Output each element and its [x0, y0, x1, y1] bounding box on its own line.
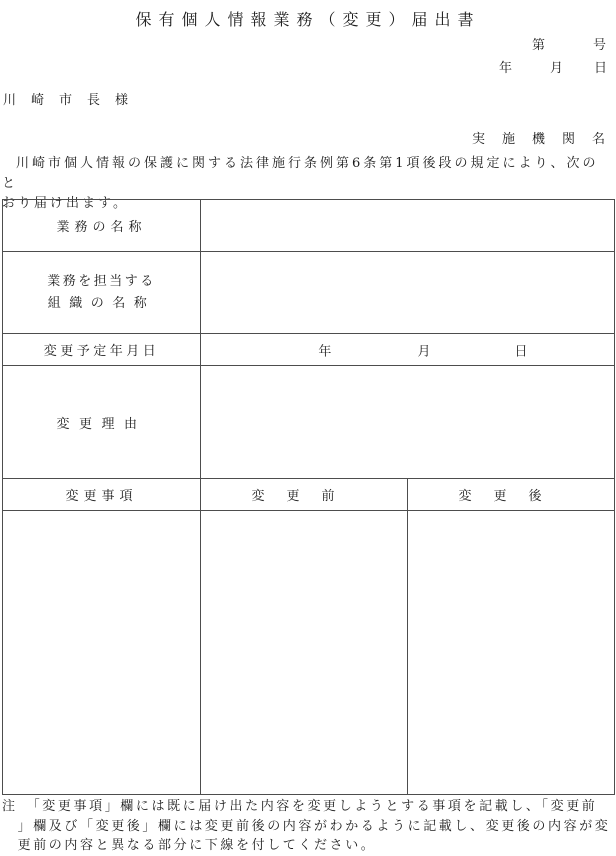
date-month-label: 月 [550, 57, 563, 76]
after-change-field[interactable] [408, 511, 615, 795]
scheduled-date-field[interactable]: 年 月 日 [201, 334, 615, 366]
document-number-line: 第 号 [532, 34, 606, 53]
change-reason-field[interactable] [201, 366, 615, 479]
date-day-label: 日 [594, 57, 607, 76]
business-name-label: 業務の名称 [3, 200, 201, 252]
organization-label-line1: 業務を担当する [3, 271, 200, 293]
change-item-field[interactable] [3, 511, 201, 795]
after-change-header: 変更後 [408, 479, 615, 511]
organization-label-line2: 組織の名称 [3, 293, 200, 315]
change-reason-label: 変更理由 [3, 366, 201, 479]
organization-name-field[interactable] [201, 252, 615, 334]
row-business-name: 業務の名称 [3, 200, 615, 252]
row-change-details [3, 511, 615, 795]
addressee-line: 川崎市長様 [3, 89, 143, 108]
implementing-agency-label: 実施機関名 [472, 128, 616, 147]
document-date-line: 年 月 日 [499, 57, 607, 76]
row-change-reason: 変更理由 [3, 366, 615, 479]
intro-line-1: 川崎市個人情報の保護に関する法律施行条例第6条第1項後段の規定により、次のと [2, 154, 614, 194]
date-year-label: 年 [499, 57, 512, 76]
scheduled-year-label: 年 [318, 340, 331, 359]
notification-form-table: 業務の名称 業務を担当する 組織の名称 変更予定年月日 年 月 日 変更理由 [2, 199, 615, 795]
footnote-line-1: 注 「変更事項」欄には既に届け出た内容を変更しようとする事項を記載し、「変更前 [2, 797, 616, 817]
doc-number-suffix: 号 [593, 34, 606, 53]
change-item-header: 変更事項 [3, 479, 201, 511]
row-organization: 業務を担当する 組織の名称 [3, 252, 615, 334]
footnote-line-2: 」欄及び「変更後」欄には変更前後の内容がわかるように記載し、変更後の内容が変 [2, 817, 616, 837]
footnote: 注 「変更事項」欄には既に届け出た内容を変更しようとする事項を記載し、「変更前 … [2, 797, 616, 856]
scheduled-month-label: 月 [418, 340, 431, 359]
before-change-header: 変更前 [201, 479, 408, 511]
business-name-field[interactable] [201, 200, 615, 252]
doc-number-prefix: 第 [532, 34, 545, 53]
row-scheduled-date: 変更予定年月日 年 月 日 [3, 334, 615, 366]
document-title: 保有個人情報業務（変更）届出書 [0, 7, 616, 30]
scheduled-day-label: 日 [515, 340, 528, 359]
before-change-field[interactable] [201, 511, 408, 795]
notification-form-page: 保有個人情報業務（変更）届出書 第 号 年 月 日 川崎市長様 実施機関名 川崎… [0, 0, 616, 856]
organization-label: 業務を担当する 組織の名称 [3, 252, 201, 334]
row-change-headers: 変更事項 変更前 変更後 [3, 479, 615, 511]
scheduled-date-label: 変更予定年月日 [3, 334, 201, 366]
footnote-line-3: 更前の内容と異なる部分に下線を付してください。 [2, 836, 616, 856]
